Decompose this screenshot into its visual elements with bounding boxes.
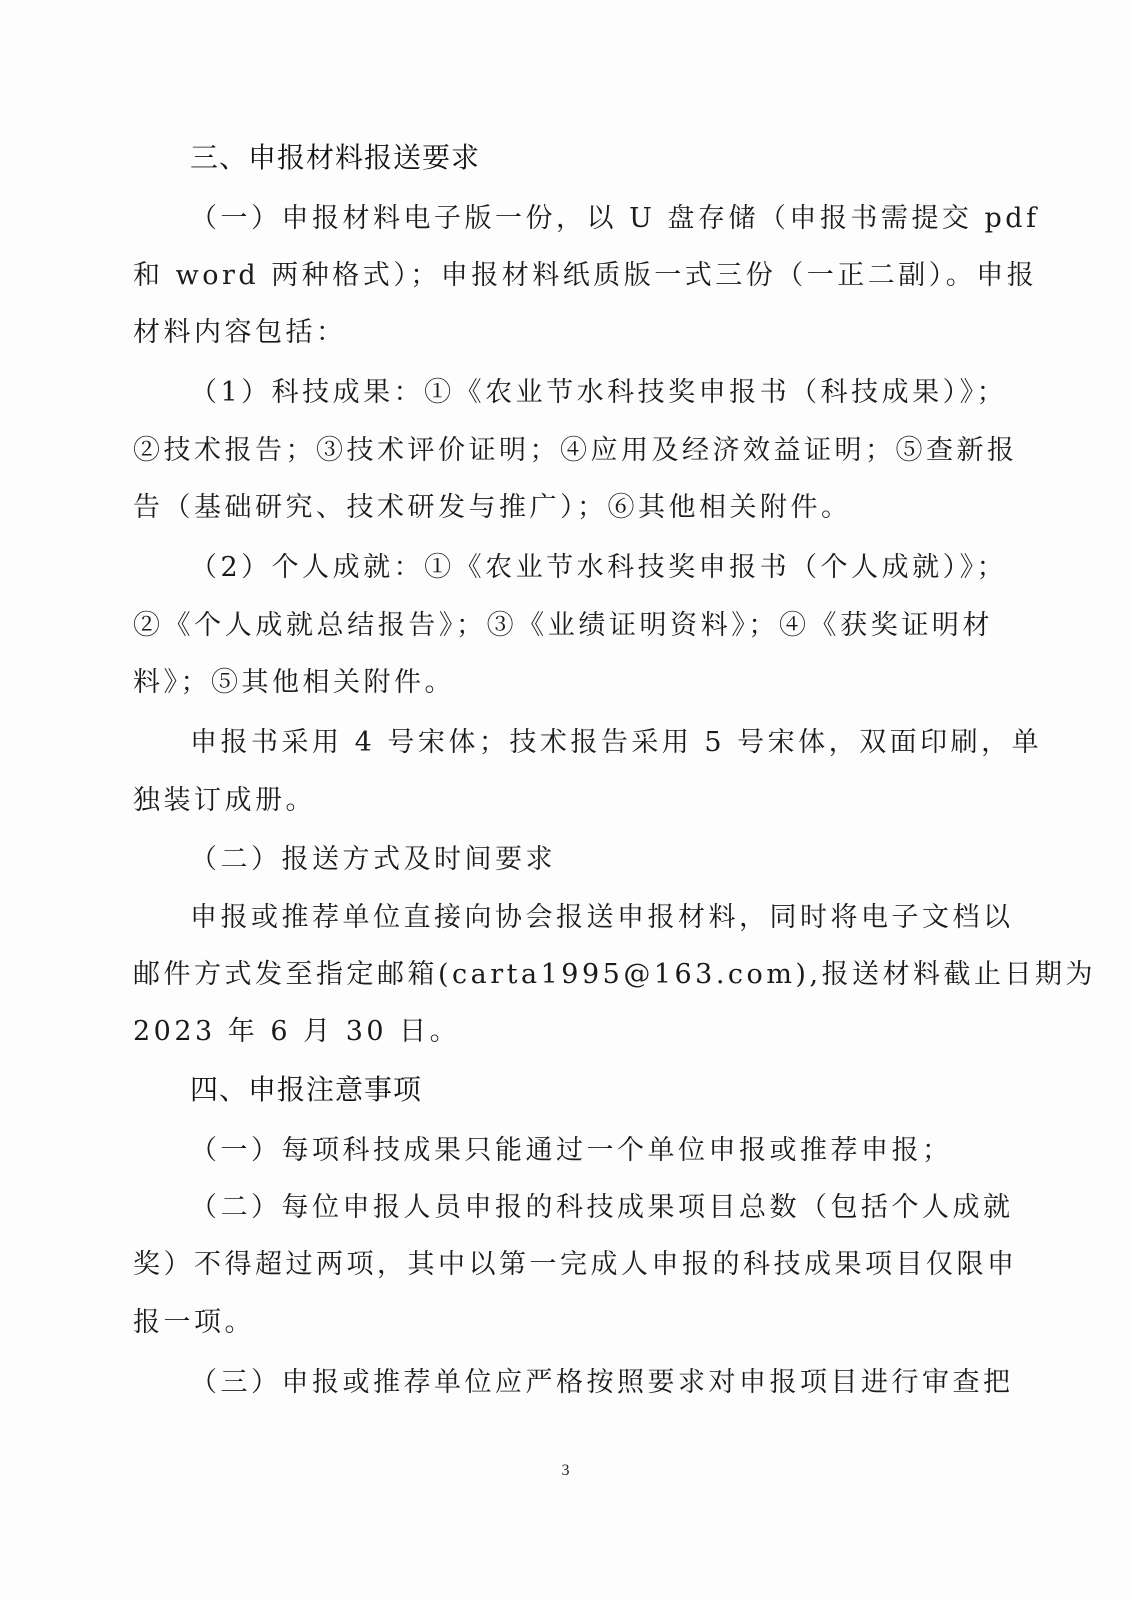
- paragraph-line: 和 word 两种格式）；申报材料纸质版一式三份（一正二副）。申报: [133, 258, 993, 294]
- subsection-heading: （二）报送方式及时间要求: [190, 842, 993, 878]
- paragraph-line: 料》；⑤其他相关附件。: [133, 665, 993, 701]
- paragraph-line: （一）每项科技成果只能通过一个单位申报或推荐申报；: [190, 1133, 993, 1169]
- paragraph-line: （2）个人成就：①《农业节水科技奖申报书（个人成就）》；: [190, 550, 993, 586]
- paragraph-line: ②《个人成就总结报告》；③《业绩证明资料》；④《获奖证明材: [133, 608, 993, 644]
- paragraph-line: 材料内容包括：: [133, 315, 993, 351]
- paragraph-line: 独装订成册。: [133, 783, 993, 819]
- paragraph-line: （二）每位申报人员申报的科技成果项目总数（包括个人成就: [190, 1190, 993, 1226]
- paragraph-line: （1）科技成果：①《农业节水科技奖申报书（科技成果）》；: [190, 375, 993, 411]
- paragraph-line: 申报书采用 4 号宋体；技术报告采用 5 号宋体，双面印刷，单: [190, 725, 993, 761]
- paragraph-line: ②技术报告；③技术评价证明；④应用及经济效益证明；⑤查新报: [133, 433, 993, 469]
- page-number: 3: [0, 1462, 1131, 1480]
- document-page: 三、申报材料报送要求 （一）申报材料电子版一份，以 U 盘存储（申报书需提交 p…: [0, 0, 1131, 1600]
- section-heading-4: 四、申报注意事项: [190, 1072, 422, 1108]
- paragraph-line: 邮件方式发至指定邮箱(carta1995@163.com),报送材料截止日期为: [133, 957, 993, 993]
- paragraph-line: （三）申报或推荐单位应严格按照要求对申报项目进行审查把: [190, 1365, 993, 1401]
- section-heading-3: 三、申报材料报送要求: [190, 140, 480, 176]
- paragraph-line: （一）申报材料电子版一份，以 U 盘存储（申报书需提交 pdf: [190, 201, 993, 237]
- paragraph-line: 报一项。: [133, 1305, 993, 1341]
- paragraph-line: 告（基础研究、技术研发与推广）；⑥其他相关附件。: [133, 490, 993, 526]
- paragraph-line: 2023 年 6 月 30 日。: [133, 1014, 993, 1050]
- paragraph-line: 申报或推荐单位直接向协会报送申报材料，同时将电子文档以: [190, 900, 993, 936]
- paragraph-line: 奖）不得超过两项，其中以第一完成人申报的科技成果项目仅限申: [133, 1247, 993, 1283]
